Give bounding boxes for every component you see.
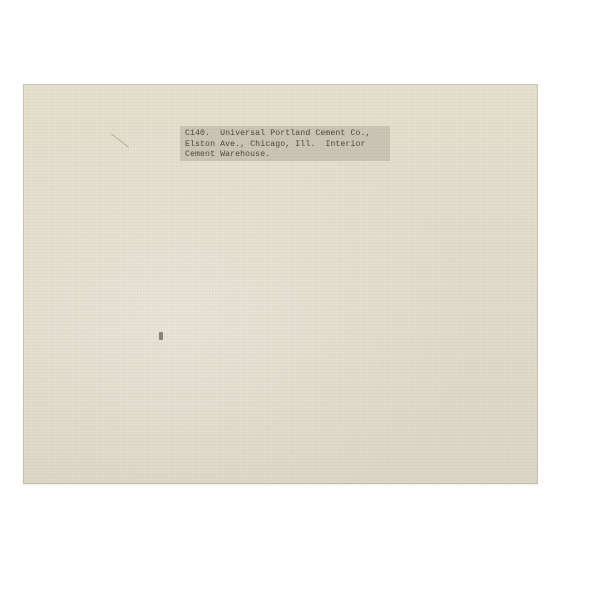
label-line-1: C140. Universal Portland Cement Co., [185,129,385,140]
label-line-2: Elston Ave., Chicago, Ill. Interior [185,140,385,151]
photo-card-back: C140. Universal Portland Cement Co.,Elst… [23,84,538,484]
ink-mark [159,332,163,340]
label-line-3: Cement Warehouse. [185,150,385,161]
scratch-mark [111,133,129,147]
typed-label: C140. Universal Portland Cement Co.,Elst… [180,126,390,161]
